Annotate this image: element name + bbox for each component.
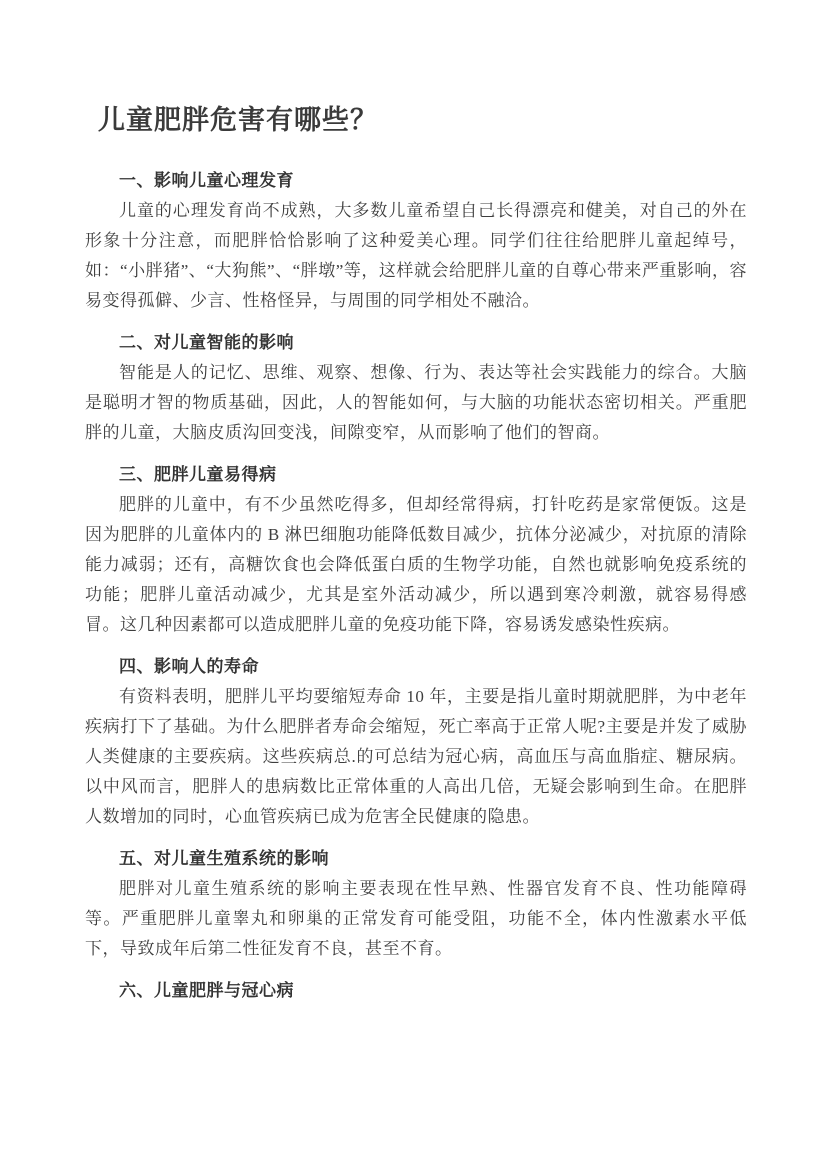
section-paragraph-5: 肥胖对儿童生殖系统的影响主要表现在性早熟、性器官发育不良、性功能障碍等。严重肥胖… [85,874,747,964]
section-paragraph-4: 有资料表明，肥胖儿平均要缩短寿命 10 年，主要是指儿童时期就肥胖，为中老年疾病… [85,682,747,832]
document-title: 儿童肥胖危害有哪些？ [85,103,747,137]
section-heading-1: 一、影响儿童心理发育 [85,166,747,196]
section-heading-6: 六、儿童肥胖与冠心病 [85,976,747,1006]
section-paragraph-3: 肥胖的儿童中，有不少虽然吃得多，但却经常得病，打针吃药是家常便饭。这是因为肥胖的… [85,490,747,640]
section-paragraph-1: 儿童的心理发育尚不成熟，大多数儿童希望自己长得漂亮和健美，对自己的外在形象十分注… [85,196,747,316]
section-heading-2: 二、对儿童智能的影响 [85,328,747,358]
section-heading-3: 三、肥胖儿童易得病 [85,460,747,490]
section-heading-4: 四、影响人的寿命 [85,652,747,682]
section-paragraph-2: 智能是人的记忆、思维、观察、想像、行为、表达等社会实践能力的综合。大脑是聪明才智… [85,358,747,448]
section-heading-5: 五、对儿童生殖系统的影响 [85,844,747,874]
document-page: 儿童肥胖危害有哪些？ 一、影响儿童心理发育 儿童的心理发育尚不成熟，大多数儿童希… [0,0,827,1170]
